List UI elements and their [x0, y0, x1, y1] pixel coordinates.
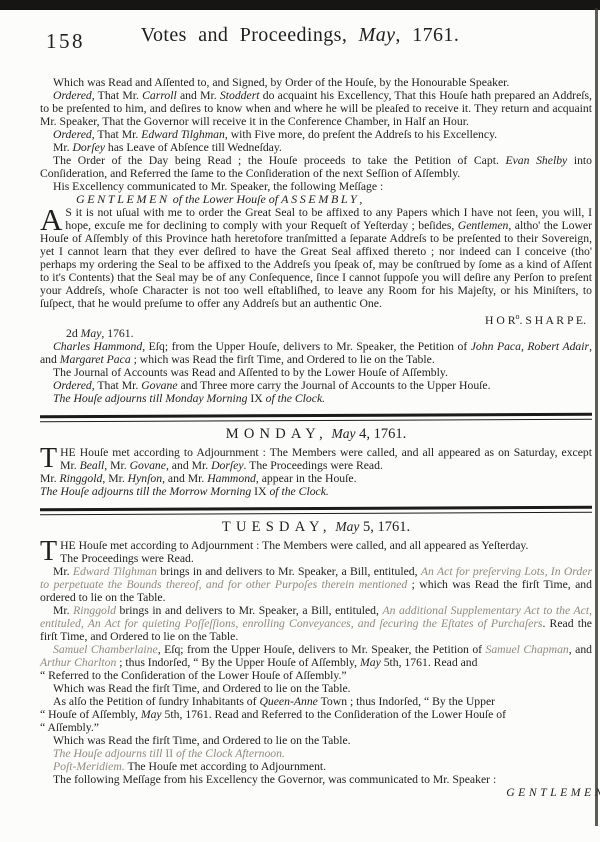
paragraph: The Houſe adjourns till II of the Clock …	[40, 747, 592, 760]
paragraph: THE Houſe met according to Adjournment :…	[40, 539, 592, 565]
text-run: has Leave of Abſence till Wedneſday.	[105, 141, 282, 154]
paragraph: Which was Read the firſt Time, and Order…	[40, 682, 592, 695]
text-run: “ Aſſembly.”	[40, 721, 99, 734]
text-run: ASSEMBLY	[281, 192, 359, 206]
text-run: Samuel Chapman	[485, 643, 568, 656]
text-run: Beall	[80, 459, 105, 472]
text-run: The Proceedings were Read.	[60, 552, 194, 565]
paragraph: The Order of the Day being Read ; the Ho…	[40, 154, 592, 180]
paragraph: The following Meſſage from his Excellenc…	[40, 773, 592, 786]
text-run: ; which was Read the firſt Time, and Ord…	[131, 353, 435, 366]
text-run: , Mr.	[104, 459, 129, 472]
date-line: 2d May, 1761.	[66, 327, 592, 340]
section-divider	[40, 506, 592, 515]
text-run: TUESDAY,	[222, 519, 332, 535]
text-run: ; thus Indorſed, “ By the Upper Houſe of…	[116, 656, 360, 669]
text-run: Ordered,	[53, 379, 95, 392]
text-run: H O R	[485, 314, 516, 327]
text-run: MONDAY,	[226, 426, 328, 442]
text-run: , and	[569, 643, 592, 656]
text-run: Ringgold	[73, 604, 116, 617]
text-run: , 1761.	[101, 327, 133, 340]
text-run: 2d	[66, 327, 81, 340]
text-run: Hammond	[207, 472, 256, 485]
text-run: Mr.	[53, 565, 73, 578]
text-run: and Mr.	[177, 89, 220, 102]
paragraph: Mr. Edward Tilghman brings in and delive…	[40, 565, 592, 604]
paragraph: Which was Read and Aſſented to, and Sign…	[40, 76, 592, 89]
text-run: IX	[254, 485, 266, 498]
paragraph: Mr. Ringgold brings in and delivers to M…	[40, 604, 592, 643]
text-run: 5th, 1761. Read and	[381, 656, 478, 669]
text-run: The following Meſſage from his Excellenc…	[53, 773, 496, 786]
text-run: That Mr.	[95, 128, 142, 141]
paragraph: The Journal of Accounts was Read and Aſſ…	[40, 366, 592, 379]
text-run: The Order of the Day being Read ; the Ho…	[53, 154, 505, 167]
text-run: May	[81, 327, 102, 340]
text-run: Queen-Anne	[259, 695, 317, 708]
paragraph: Poſt-Meridiem. The Houſe met according t…	[40, 760, 592, 773]
heading-monday: MONDAY, May 4, 1761.	[40, 427, 592, 441]
message-salutation: GENTLEMEN of the Lower Houſe of ASSEMBLY…	[76, 193, 592, 206]
text-run: Edward Tilghman	[73, 565, 157, 578]
text-run: As alſo the Petition of ſundry Inhabitan…	[53, 695, 259, 708]
text-run: HE Houſe met according to Adjournment : …	[60, 539, 528, 552]
paragraph: The Houſe adjourns till Monday Morning I…	[40, 392, 592, 405]
text-run: of the Clock.	[263, 392, 325, 405]
paragraph: As alſo the Petition of ſundry Inhabitan…	[40, 695, 592, 734]
drop-cap: T	[40, 446, 60, 470]
text-run: , appear in the Houſe.	[256, 472, 357, 485]
text-run: Mr.	[53, 141, 72, 154]
text-run: The Journal of Accounts was Read and Aſſ…	[53, 366, 448, 379]
page-number: 158	[46, 29, 85, 54]
text-run: Mr.	[53, 604, 73, 617]
text-run: Carroll	[142, 89, 177, 102]
section-divider	[40, 413, 592, 422]
text-run: Ringgold	[59, 472, 102, 485]
text-run: That Mr.	[95, 89, 142, 102]
title-year: , 1761.	[395, 24, 459, 46]
page-header: 158 Votes and Proceedings, May, 1761.	[0, 24, 600, 68]
text-run: Dorſey	[72, 141, 104, 154]
text-run: Govane	[141, 379, 177, 392]
text-run: John Paca, Robert Adair	[471, 340, 589, 353]
text-run: Arthur Charlton	[40, 656, 116, 669]
text-run: IX	[250, 392, 262, 405]
text-run: Evan Shelby	[505, 154, 567, 167]
text-run: Ordered,	[53, 89, 95, 102]
paragraph: Ordered, That Mr. Edward Tilghman, with …	[40, 128, 592, 141]
paragraph: Charles Hammond, Eſq; from the Upper Hou…	[40, 340, 592, 366]
text-run: May	[332, 426, 356, 441]
page-title: Votes and Proceedings, May, 1761.	[0, 24, 600, 47]
text-run: Town ; thus Indorſed, “ By the Upper	[318, 695, 495, 708]
text-run: Ordered,	[53, 128, 95, 141]
text-run: Samuel Chamberlaine	[53, 643, 158, 656]
text-run: Margaret Paca	[60, 353, 131, 366]
text-run: Stoddert	[220, 89, 260, 102]
text-run: Which was Read the firſt Time, and Order…	[53, 734, 351, 747]
text-run: Charles Hammond	[53, 340, 142, 353]
text-run: “ Referred to the Conſideration of the L…	[40, 669, 347, 682]
text-run: May	[360, 656, 381, 669]
text-run: ,	[359, 192, 362, 206]
paragraph: Mr. Ringgold, Mr. Hynſon, and Mr. Hammon…	[40, 472, 592, 485]
drop-cap: T	[40, 539, 60, 563]
text-run: Govane	[130, 459, 166, 472]
text-run: 5, 1761.	[359, 519, 410, 535]
title-text: Votes and Proceedings,	[141, 24, 359, 46]
text-run: Hynſon	[128, 472, 162, 485]
paragraph: Ordered, That Mr. Govane and Three more …	[40, 379, 592, 392]
text-run: Which was Read and Aſſented to, and Sign…	[53, 76, 509, 89]
text-run: GENTLEMEN	[506, 786, 600, 799]
text-run: Gentlemen	[458, 219, 509, 232]
text-run: Edward Tilghman	[141, 128, 225, 141]
paragraph: Mr. Dorſey has Leave of Abſence till Wed…	[40, 141, 592, 154]
text-run: GENTLEMEN	[76, 192, 170, 206]
text-run: , Mr.	[102, 472, 127, 485]
text-run: Which was Read the firſt Time, and Order…	[53, 682, 351, 695]
text-run: May	[141, 708, 162, 721]
paragraph: Ordered, That Mr. Carroll and Mr. Stodde…	[40, 89, 592, 128]
text-run: II	[165, 747, 173, 760]
text-run: of the Clock Afternoon.	[173, 747, 285, 760]
text-run: , Eſq; from the Upper Houſe, delivers to…	[158, 643, 486, 656]
text-run: brings in and delivers to Mr. Speaker, a…	[157, 565, 421, 578]
signature-line: H O Ro. S H A R P E.	[40, 310, 586, 327]
text-run: That Mr.	[95, 379, 142, 392]
text-run: , altho' the Lower Houſe of Aſſembly of …	[40, 219, 592, 310]
page-body: Which was Read and Aſſented to, and Sign…	[40, 76, 592, 799]
drop-cap: A	[40, 206, 65, 232]
text-run: , with Five more, do preſent the Addreſs…	[225, 128, 497, 141]
text-run: , Eſq; from the Upper Houſe, delivers to…	[142, 340, 471, 353]
scan-edge-right	[595, 8, 598, 826]
paragraph: The Houſe adjourns till the Morrow Morni…	[40, 485, 592, 498]
text-run: 5th, 1761. Read and Referred to the Conſ…	[162, 708, 506, 721]
title-month: May	[359, 24, 396, 46]
text-run: brings in and delivers to Mr. Speaker, a…	[116, 604, 383, 617]
text-run: The Houſe adjourns till the Morrow Morni…	[40, 485, 254, 498]
document-page: 158 Votes and Proceedings, May, 1761. Wh…	[0, 0, 600, 842]
text-run: The Houſe adjourns till Monday Morning	[53, 392, 250, 405]
text-run: “ Houſe of Aſſembly,	[40, 708, 141, 721]
paragraph: Which was Read the firſt Time, and Order…	[40, 734, 592, 747]
text-run: , and Mr.	[162, 472, 207, 485]
scan-edge-top	[0, 0, 600, 10]
text-run: . The Proceedings were Read.	[244, 459, 383, 472]
text-run: The Houſe met according to Adjournment.	[125, 760, 326, 773]
text-run: and Three more carry the Journal of Acco…	[178, 379, 491, 392]
text-run: of the Lower Houſe of	[170, 192, 281, 206]
gentlemen-catchword: GENTLEMEN	[40, 786, 600, 799]
text-run: Dorſey	[211, 459, 243, 472]
text-run: Mr.	[40, 472, 59, 485]
text-run: . S H A R P E.	[520, 314, 586, 327]
text-run: 4, 1761.	[356, 426, 407, 442]
text-run: May	[335, 519, 359, 534]
paragraph: THE Houſe met according to Adjournment :…	[40, 446, 592, 472]
text-run: of the Clock.	[267, 485, 329, 498]
text-run: The Houſe adjourns till	[53, 747, 165, 760]
governor-message: AS it is not uſual with me to order the …	[40, 206, 592, 310]
heading-tuesday: TUESDAY, May 5, 1761.	[40, 520, 592, 534]
text-run: , and Mr.	[166, 459, 211, 472]
paragraph: Samuel Chamberlaine, Eſq; from the Upper…	[40, 643, 592, 682]
text-run: Poſt-Meridiem.	[53, 760, 125, 773]
